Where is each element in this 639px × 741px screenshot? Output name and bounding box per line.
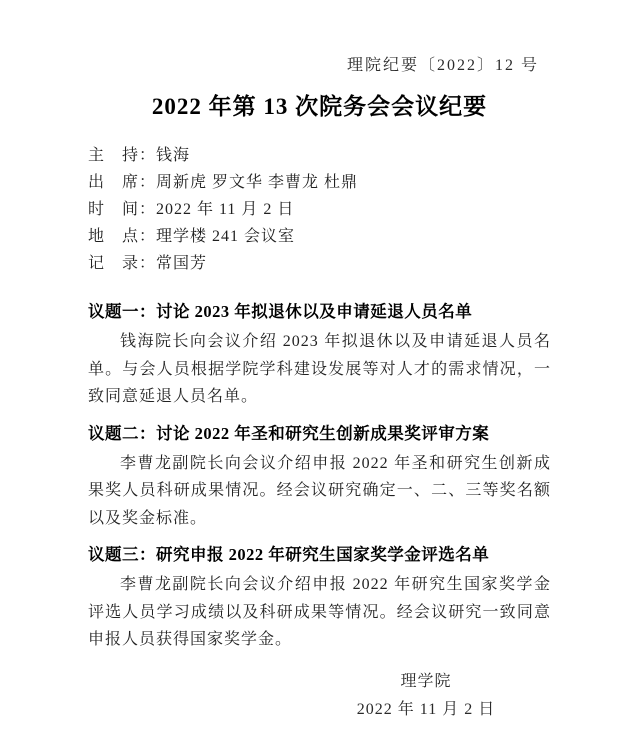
document-number: 理院纪要〔2022〕12 号 [88, 56, 551, 76]
signature-block: 理学院 2022 年 11 月 2 日 [301, 668, 551, 724]
meta-label-time: 时 间： [88, 196, 156, 223]
meta-row-location: 地 点： 理学楼 241 会议室 [88, 223, 551, 250]
meta-value-attendees: 周新虎 罗文华 李曹龙 杜鼎 [156, 169, 551, 196]
topic-3: 议题三：研究申报 2022 年研究生国家奖学金评选名单 李曹龙副院长向会议介绍申… [88, 544, 551, 654]
meta-value-location: 理学楼 241 会议室 [156, 223, 551, 250]
meta-block: 主 持： 钱海 出 席： 周新虎 罗文华 李曹龙 杜鼎 时 间： 2022 年 … [88, 142, 551, 277]
meta-value-recorder: 常国芳 [156, 250, 551, 277]
meta-value-time: 2022 年 11 月 2 日 [156, 196, 551, 223]
topic-3-heading: 议题三：研究申报 2022 年研究生国家奖学金评选名单 [88, 544, 551, 566]
topic-2-body: 李曹龙副院长向会议介绍申报 2022 年圣和研究生创新成果奖人员科研成果情况。经… [88, 450, 551, 533]
meta-label-host: 主 持： [88, 142, 156, 169]
topic-3-body: 李曹龙副院长向会议介绍申报 2022 年研究生国家奖学金评选人员学习成绩以及科研… [88, 571, 551, 654]
meta-label-attendees: 出 席： [88, 169, 156, 196]
meta-row-attendees: 出 席： 周新虎 罗文华 李曹龙 杜鼎 [88, 169, 551, 196]
topic-1-body: 钱海院长向会议介绍 2023 年拟退休以及申请延退人员名单。与会人员根据学院学科… [88, 328, 551, 411]
signature-org: 理学院 [301, 668, 551, 696]
topic-2-heading: 议题二：讨论 2022 年圣和研究生创新成果奖评审方案 [88, 423, 551, 445]
meta-label-location: 地 点： [88, 223, 156, 250]
topic-1-heading: 议题一：讨论 2023 年拟退休以及申请延退人员名单 [88, 301, 551, 323]
meta-row-host: 主 持： 钱海 [88, 142, 551, 169]
document-title: 2022 年第 13 次院务会会议纪要 [88, 92, 551, 122]
signature-date: 2022 年 11 月 2 日 [301, 696, 551, 724]
meta-value-host: 钱海 [156, 142, 551, 169]
meta-label-recorder: 记 录： [88, 250, 156, 277]
topic-2: 议题二：讨论 2022 年圣和研究生创新成果奖评审方案 李曹龙副院长向会议介绍申… [88, 423, 551, 533]
topics-section: 议题一：讨论 2023 年拟退休以及申请延退人员名单 钱海院长向会议介绍 202… [88, 301, 551, 654]
topic-1: 议题一：讨论 2023 年拟退休以及申请延退人员名单 钱海院长向会议介绍 202… [88, 301, 551, 411]
meta-row-recorder: 记 录： 常国芳 [88, 250, 551, 277]
meta-row-time: 时 间： 2022 年 11 月 2 日 [88, 196, 551, 223]
document-page: 理院纪要〔2022〕12 号 2022 年第 13 次院务会会议纪要 主 持： … [0, 0, 639, 741]
